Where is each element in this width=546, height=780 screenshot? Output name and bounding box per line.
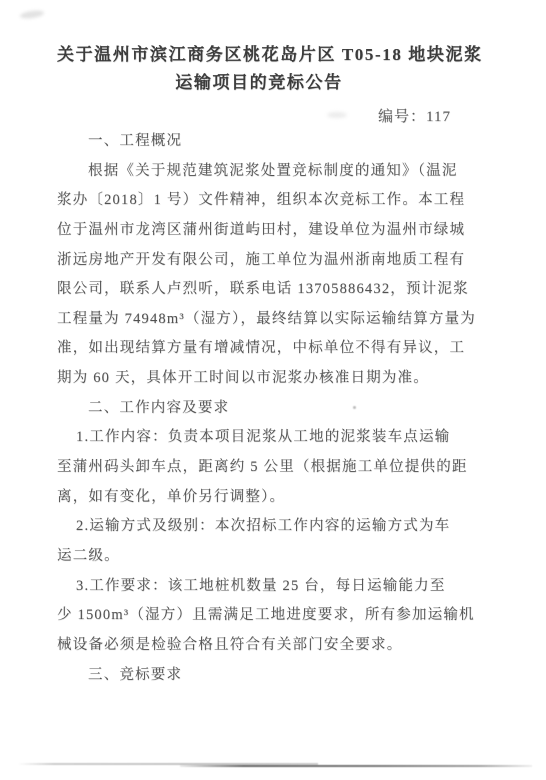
document-line: 工程量为 74948m³（湿方），最终结算以实际运输结算方量为 xyxy=(57,305,477,335)
page-bottom-edge-shadow xyxy=(180,765,532,767)
document-line: 1.工作内容：负责本项目泥浆从工地的泥浆装车点运输 xyxy=(57,423,477,453)
document-line: 离，如有变化，单价另行调整）。 xyxy=(57,483,477,513)
document-number: 编号：117 xyxy=(57,106,461,128)
document-line: 期为 60 天，具体开工时间以市泥浆办核准日期为准。 xyxy=(57,364,477,394)
document-line: 限公司，联系人卢烈听，联系电话 13705886432，预计泥浆 xyxy=(57,275,477,305)
document-line: 3.工作要求：该工地桩机数量 25 台，每日运输能力至 xyxy=(57,572,477,602)
document-line: 至蒲州码头卸车点，距离约 5 公里（根据施工单位提供的距 xyxy=(57,453,477,483)
document-line: 位于温州市龙湾区蒲州街道屿田村，建设单位为温州市绿城 xyxy=(57,216,477,246)
document-line: 少 1500m³（湿方）且需满足工地进度要求，所有参加运输机 xyxy=(57,601,477,631)
document-line: 浙远房地产开发有限公司，施工单位为温州浙南地质工程有 xyxy=(57,246,477,276)
document-line: 一、工程概况 xyxy=(57,127,477,157)
document-line: 浆办〔2018〕1 号）文件精神，组织本次竞标工作。本工程 xyxy=(57,186,477,216)
scan-smudge xyxy=(20,9,45,19)
document-line: 械设备必须是检验合格且符合有关部门安全要求。 xyxy=(57,631,477,661)
document-line: 准，如出现结算方量有增减情况，中标单位不得有异议，工 xyxy=(57,334,477,364)
document-line: 三、竞标要求 xyxy=(57,661,477,691)
document-title-line2: 运输项目的竞标公告 xyxy=(57,69,461,97)
document-line: 2.运输方式及级别：本次招标工作内容的运输方式为车 xyxy=(57,512,477,542)
document-line: 二、工作内容及要求 xyxy=(57,394,477,424)
document-line: 运二级。 xyxy=(57,542,477,572)
document-title-line1: 关于温州市滨江商务区桃花岛片区 T05-18 地块泥浆 xyxy=(57,41,461,69)
document-body: 一、工程概况根据《关于规范建筑泥浆处置竞标制度的通知》（温泥浆办〔2018〕1 … xyxy=(57,127,477,690)
document-line: 根据《关于规范建筑泥浆处置竞标制度的通知》（温泥 xyxy=(57,157,477,187)
scanned-document-page: 关于温州市滨江商务区桃花岛片区 T05-18 地块泥浆 运输项目的竞标公告 编号… xyxy=(0,0,546,780)
document-title: 关于温州市滨江商务区桃花岛片区 T05-18 地块泥浆 运输项目的竞标公告 xyxy=(57,41,461,97)
